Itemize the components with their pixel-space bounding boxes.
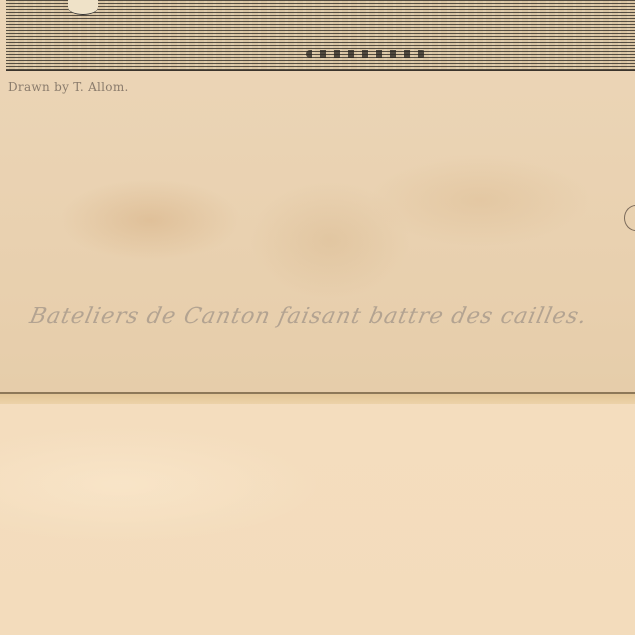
- stones-detail: [306, 50, 426, 58]
- margin-mark: [624, 205, 635, 231]
- artist-credit: Drawn by T. Allom.: [8, 80, 129, 94]
- print-sheet: Drawn by T. Allom. Bateliers de Canton f…: [0, 0, 635, 392]
- boat-detail: [68, 0, 98, 15]
- print-caption: Bateliers de Canton faisant battre des c…: [27, 304, 632, 329]
- engraved-water-scene: [6, 0, 635, 71]
- plate-bevel: [0, 394, 635, 404]
- mat-mount: [0, 404, 635, 635]
